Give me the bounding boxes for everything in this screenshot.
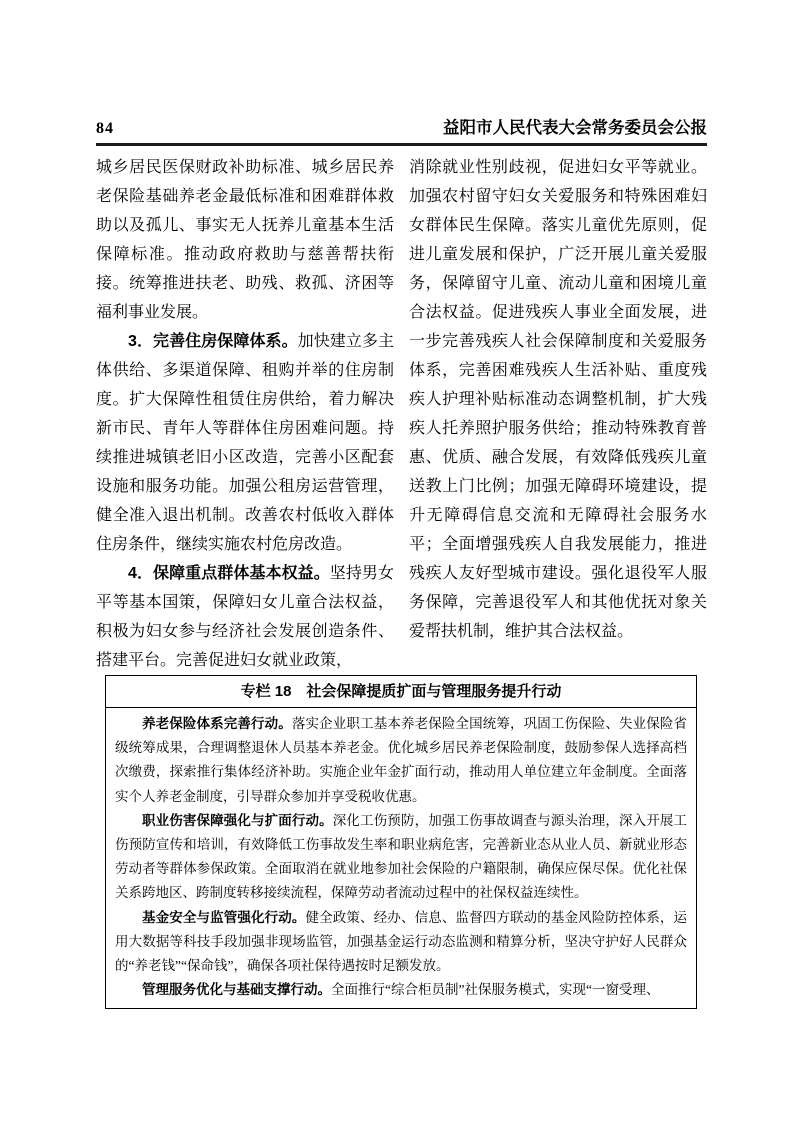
left-column: 城乡居民医保财政补助标准、城乡居民养老保险基础养老金最低标准和困难群体救助以及孤… xyxy=(96,153,394,675)
feature-box-title: 专栏 18 社会保障提质扩面与管理服务提升行动 xyxy=(106,676,696,708)
paragraph: 4．保障重点群体基本权益。坚持男女平等基本国策，保障妇女儿童合法权益，积极为妇女… xyxy=(96,559,394,675)
page-header: 84 益阳市人民代表大会常务委员会公报 xyxy=(96,114,707,146)
paragraph-text: 消除就业性别歧视，促进妇女平等就业。加强农村留守妇女关爱服务和特殊困难妇女群体民… xyxy=(409,159,707,640)
paragraph-text: 全面推行“综合柜员制”社保服务模式，实现“一窗受理、 xyxy=(331,982,659,997)
feature-box-paragraph: 养老保险体系完善行动。落实企业职工基本养老保险全国统筹，巩固工伤保险、失业保险省… xyxy=(115,712,687,809)
page-number: 84 xyxy=(96,120,114,138)
paragraph-text: 加快建立多主体供给、多渠道保障、租购并举的住房制度。扩大保障性租赁住房供给，着力… xyxy=(96,333,394,553)
paragraph: 消除就业性别歧视，促进妇女平等就业。加强农村留守妇女关爱服务和特殊困难妇女群体民… xyxy=(409,153,707,646)
paragraph-lead: 管理服务优化与基础支撑行动。 xyxy=(142,982,331,997)
right-column: 消除就业性别歧视，促进妇女平等就业。加强农村留守妇女关爱服务和特殊困难妇女群体民… xyxy=(409,153,707,675)
paragraph-lead: 职业伤害保障强化与扩面行动。 xyxy=(142,813,333,828)
feature-box-body: 养老保险体系完善行动。落实企业职工基本养老保险全国统筹，巩固工伤保险、失业保险省… xyxy=(106,708,696,1008)
paragraph-text: 城乡居民医保财政补助标准、城乡居民养老保险基础养老金最低标准和困难群体救助以及孤… xyxy=(96,159,394,321)
document-page: 84 益阳市人民代表大会常务委员会公报 城乡居民医保财政补助标准、城乡居民养老保… xyxy=(0,0,794,1122)
feature-box-paragraph: 职业伤害保障强化与扩面行动。深化工伤预防，加强工伤事故调查与源头治理，深入开展工… xyxy=(115,809,687,906)
paragraph-lead: 基金安全与监管强化行动。 xyxy=(142,910,306,925)
paragraph-lead: 4．保障重点群体基本权益。 xyxy=(128,565,330,582)
paragraph-lead: 养老保险体系完善行动。 xyxy=(142,716,292,731)
feature-box-paragraph: 管理服务优化与基础支撑行动。全面推行“综合柜员制”社保服务模式，实现“一窗受理、 xyxy=(115,978,687,1002)
feature-box-paragraph: 基金安全与监管强化行动。健全政策、经办、信息、监督四方联动的基金风险防控体系，运… xyxy=(115,906,687,979)
two-column-body: 城乡居民医保财政补助标准、城乡居民养老保险基础养老金最低标准和困难群体救助以及孤… xyxy=(96,153,707,675)
feature-box-column-18: 专栏 18 社会保障提质扩面与管理服务提升行动 养老保险体系完善行动。落实企业职… xyxy=(105,675,697,1009)
paragraph: 城乡居民医保财政补助标准、城乡居民养老保险基础养老金最低标准和困难群体救助以及孤… xyxy=(96,153,394,327)
paragraph: 3．完善住房保障体系。加快建立多主体供给、多渠道保障、租购并举的住房制度。扩大保… xyxy=(96,327,394,559)
publication-title: 益阳市人民代表大会常务委员会公报 xyxy=(443,114,707,138)
paragraph-lead: 3．完善住房保障体系。 xyxy=(128,333,298,350)
